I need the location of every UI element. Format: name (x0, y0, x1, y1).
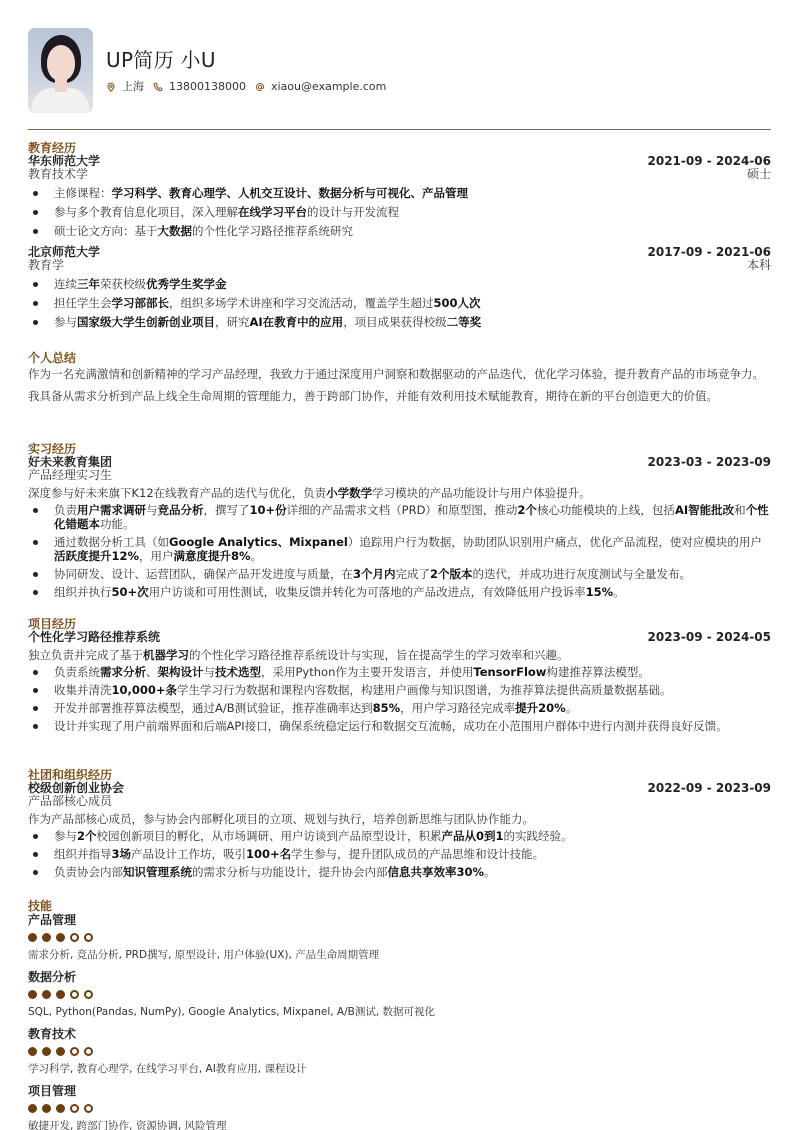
list-item: 负责协会内部知识管理系统的需求分析与功能设计，提升协会内部信息共享效率30%。 (28, 865, 771, 879)
bullet-list: 参与2个校园创新项目的孵化，从市场调研、用户访谈到产品原型设计，积累产品从0到1… (28, 829, 771, 879)
contact-location: 上海 (106, 79, 144, 96)
bullet-list: 主修课程：学习科学、教育心理学、人机交互设计、数据分析与可视化、产品管理 参与多… (28, 186, 771, 238)
major: 教育学 (28, 259, 64, 272)
job-title: 产品经理实习生 (28, 469, 771, 482)
filled-dot-icon (56, 933, 65, 942)
section-title: 技能 (28, 900, 771, 913)
skill-description: 敏捷开发, 跨部门协作, 资源协调, 风险管理 (28, 1120, 771, 1130)
empty-dot-icon (70, 1104, 79, 1113)
filled-dot-icon (28, 1104, 37, 1113)
list-item: 主修课程：学习科学、教育心理学、人机交互设计、数据分析与可视化、产品管理 (28, 186, 771, 200)
contact-phone: 13800138000 (153, 79, 246, 96)
contact-info: 上海 13800138000 xiaou@example.com (106, 79, 395, 96)
project-name: 个性化学习路径推荐系统 (28, 631, 160, 644)
skill-item: 产品管理 需求分析, 竞品分析, PRD撰写, 原型设计, 用户体验(UX), … (28, 913, 771, 961)
description: 深度参与好未来旗下K12在线教育产品的迭代与优化，负责小学数学学习模块的产品功能… (28, 486, 771, 500)
list-item: 负责系统需求分析、架构设计与技术选型，采用Python作为主要开发语言，并使用T… (28, 665, 771, 679)
date-range: 2022-09 - 2023-09 (648, 782, 772, 795)
degree: 本科 (747, 259, 771, 272)
empty-dot-icon (84, 1047, 93, 1056)
candidate-name: UP简历 小U (106, 45, 216, 75)
date-range: 2023-09 - 2024-05 (648, 631, 772, 644)
role-title: 产品部核心成员 (28, 795, 771, 808)
list-item: 参与国家级大学生创新创业项目，研究AI在教育中的应用，项目成果获得校级二等奖 (28, 315, 771, 329)
empty-dot-icon (70, 1047, 79, 1056)
empty-dot-icon (70, 933, 79, 942)
skills-section: 技能 产品管理 需求分析, 竞品分析, PRD撰写, 原型设计, 用户体验(UX… (28, 900, 771, 1130)
phone-icon (153, 82, 163, 92)
list-item: 负责用户需求调研与竞品分析，撰写了10+份详细的产品需求文档（PRD）和原型图，… (28, 503, 771, 531)
skill-level-dots (28, 1104, 771, 1113)
location-text: 上海 (122, 79, 144, 96)
skill-item: 数据分析 SQL, Python(Pandas, NumPy), Google … (28, 970, 771, 1018)
list-item: 硕士论文方向：基于大数据的个性化学习路径推荐系统研究 (28, 224, 771, 238)
skill-name: 产品管理 (28, 913, 771, 927)
filled-dot-icon (28, 990, 37, 999)
phone-text: 13800138000 (169, 79, 246, 96)
empty-dot-icon (84, 1104, 93, 1113)
date-range: 2023-03 - 2023-09 (648, 456, 772, 469)
filled-dot-icon (28, 933, 37, 942)
degree: 硕士 (747, 168, 771, 181)
bullet-list: 连续三年荣获校级优秀学生奖学金 担任学生会学习部部长，组织多场学术讲座和学习交流… (28, 277, 771, 329)
education-section: 教育经历 华东师范大学 2021-09 - 2024-06 教育技术学 硕士 主… (28, 142, 771, 334)
avatar (28, 28, 93, 113)
skill-level-dots (28, 933, 771, 942)
list-item: 开发并部署推荐算法模型，通过A/B测试验证，推荐准确率达到85%，用户学习路径完… (28, 701, 771, 715)
project-section: 项目经历 个性化学习路径推荐系统 2023-09 - 2024-05 独立负责并… (28, 618, 771, 737)
internship-section: 实习经历 好未来教育集团 2023-03 - 2023-09 产品经理实习生 深… (28, 443, 771, 603)
description: 独立负责并完成了基于机器学习的个性化学习路径推荐系统设计与实现，旨在提高学生的学… (28, 648, 771, 662)
list-item: 设计并实现了用户前端界面和后端API接口，确保系统稳定运行和数据交互流畅，成功在… (28, 719, 771, 733)
header-divider (28, 129, 771, 130)
filled-dot-icon (28, 1047, 37, 1056)
resume-header: UP简历 小U 上海 13800138000 xiaou@example.com (28, 0, 771, 130)
filled-dot-icon (42, 1104, 51, 1113)
list-item: 收集并清洗10,000+条学生学习行为数据和课程内容数据，构建用户画像与知识图谱… (28, 683, 771, 697)
contact-email: xiaou@example.com (255, 79, 386, 96)
skill-item: 教育技术 学习科学, 教育心理学, 在线学习平台, AI教育应用, 课程设计 (28, 1027, 771, 1075)
filled-dot-icon (56, 990, 65, 999)
description: 作为产品部核心成员，参与协会内部孵化项目的立项、规划与执行，培养创新思维与团队协… (28, 812, 771, 826)
list-item: 组织并指导3场产品设计工作坊，吸引100+名学生参与，提升团队成员的产品思维和设… (28, 847, 771, 861)
club-section: 社团和组织经历 校级创新创业协会 2022-09 - 2023-09 产品部核心… (28, 769, 771, 883)
skill-item: 项目管理 敏捷开发, 跨部门协作, 资源协调, 风险管理 (28, 1084, 771, 1130)
filled-dot-icon (42, 1047, 51, 1056)
list-item: 参与多个教育信息化项目，深入理解在线学习平台的设计与开发流程 (28, 205, 771, 219)
resume-page: UP简历 小U 上海 13800138000 xiaou@example.com… (28, 0, 771, 130)
skill-level-dots (28, 990, 771, 999)
list-item: 协同研发、设计、运营团队，确保产品开发进度与质量，在3个月内完成了2个版本的迭代… (28, 567, 771, 581)
skill-description: 学习科学, 教育心理学, 在线学习平台, AI教育应用, 课程设计 (28, 1063, 771, 1075)
list-item: 担任学生会学习部部长，组织多场学术讲座和学习交流活动，覆盖学生超过500人次 (28, 296, 771, 310)
empty-dot-icon (84, 990, 93, 999)
skill-description: 需求分析, 竞品分析, PRD撰写, 原型设计, 用户体验(UX), 产品生命周… (28, 949, 771, 961)
bullet-list: 负责系统需求分析、架构设计与技术选型，采用Python作为主要开发语言，并使用T… (28, 665, 771, 733)
education-entry: 华东师范大学 2021-09 - 2024-06 教育技术学 硕士 主修课程：学… (28, 155, 771, 238)
skill-name: 教育技术 (28, 1027, 771, 1041)
bullet-list: 负责用户需求调研与竞品分析，撰写了10+份详细的产品需求文档（PRD）和原型图，… (28, 503, 771, 599)
filled-dot-icon (42, 933, 51, 942)
at-icon (255, 82, 265, 92)
location-icon (106, 82, 116, 92)
empty-dot-icon (70, 990, 79, 999)
filled-dot-icon (56, 1047, 65, 1056)
list-item: 组织并执行50+次用户访谈和可用性测试，收集反馈并转化为可落地的产品改进点，有效… (28, 585, 771, 599)
skill-name: 数据分析 (28, 970, 771, 984)
filled-dot-icon (56, 1104, 65, 1113)
list-item: 通过数据分析工具（如Google Analytics、Mixpanel）追踪用户… (28, 535, 771, 563)
empty-dot-icon (84, 933, 93, 942)
email-text: xiaou@example.com (271, 79, 386, 96)
skill-level-dots (28, 1047, 771, 1056)
skill-name: 项目管理 (28, 1084, 771, 1098)
major: 教育技术学 (28, 168, 88, 181)
skill-description: SQL, Python(Pandas, NumPy), Google Analy… (28, 1006, 771, 1018)
summary-section: 个人总结 作为一名充满激情和创新精神的学习产品经理，我致力于通过深度用户洞察和数… (28, 352, 771, 407)
education-entry: 北京师范大学 2017-09 - 2021-06 教育学 本科 连续三年荣获校级… (28, 246, 771, 329)
list-item: 连续三年荣获校级优秀学生奖学金 (28, 277, 771, 291)
list-item: 参与2个校园创新项目的孵化，从市场调研、用户访谈到产品原型设计，积累产品从0到1… (28, 829, 771, 843)
filled-dot-icon (42, 990, 51, 999)
summary-text: 作为一名充满激情和创新精神的学习产品经理，我致力于通过深度用户洞察和数据驱动的产… (28, 363, 771, 407)
